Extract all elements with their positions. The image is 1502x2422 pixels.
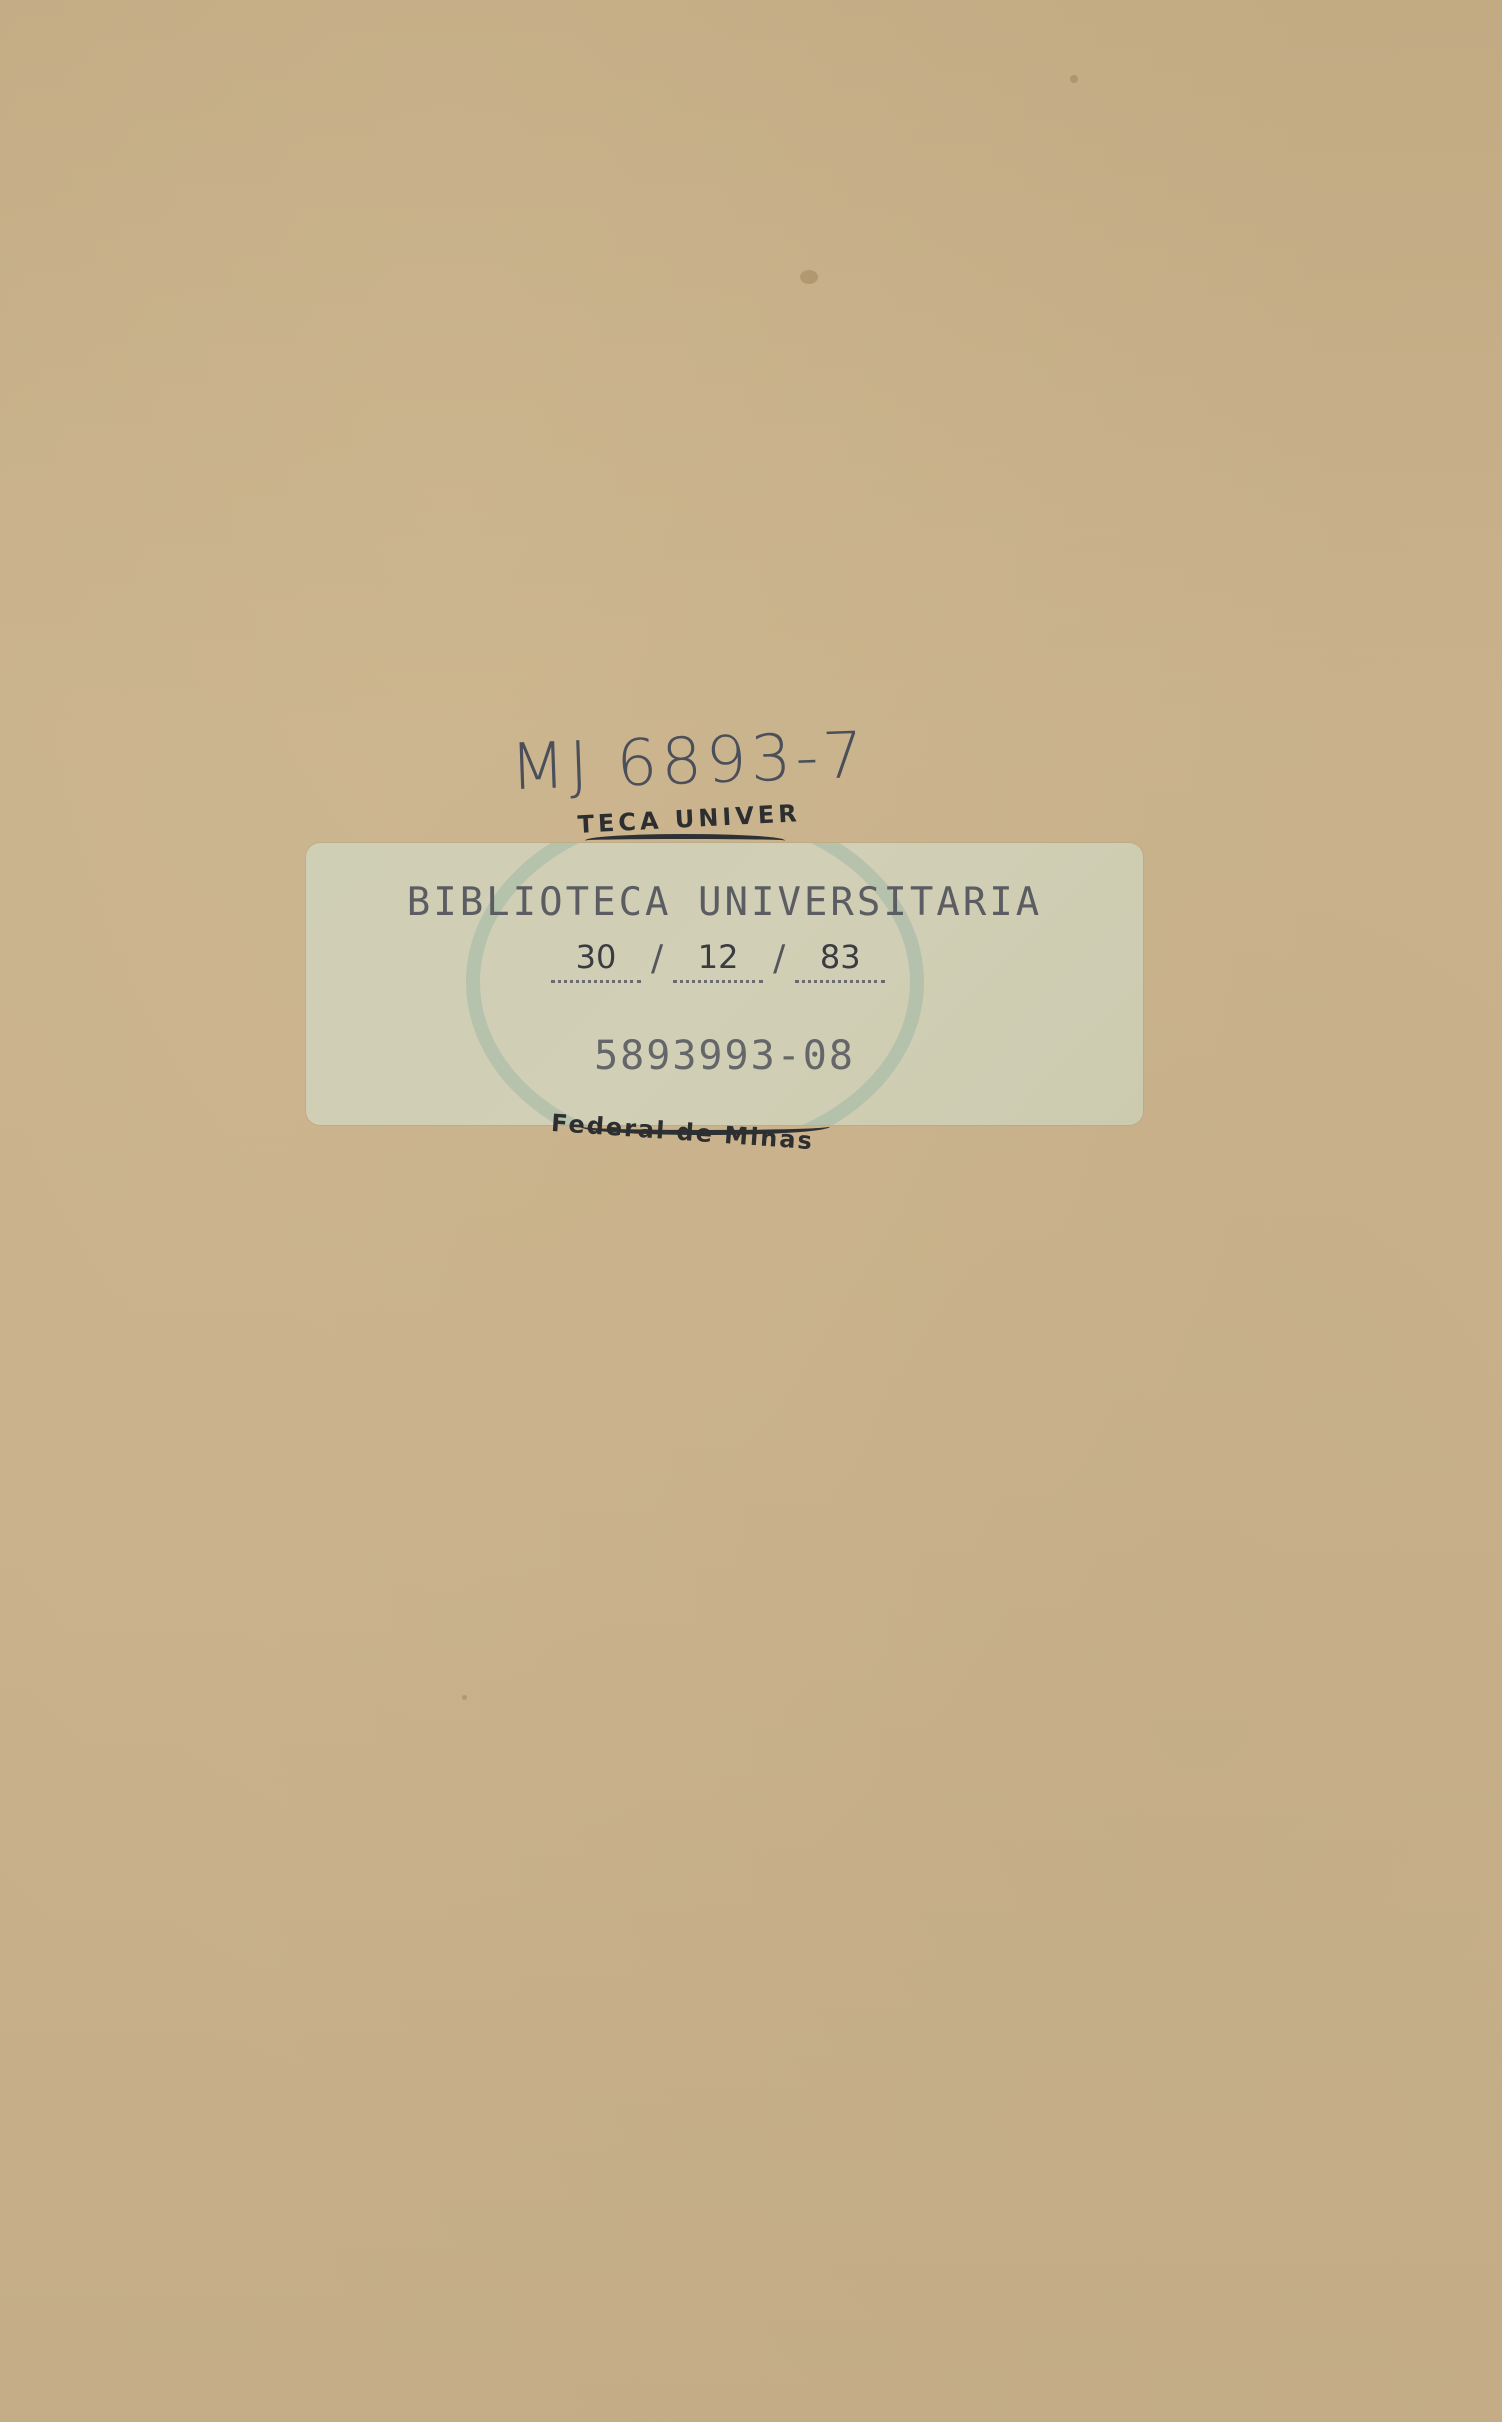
date-day: 30 <box>551 938 641 983</box>
paper-background <box>0 0 1502 2422</box>
label-date: 30 / 12 / 83 <box>551 923 951 983</box>
handwritten-call-number: MJ 6893-7 <box>509 719 868 805</box>
date-year: 83 <box>795 938 885 983</box>
date-month: 12 <box>673 938 763 983</box>
paper-speck <box>1070 75 1078 83</box>
date-separator: / <box>773 938 785 983</box>
paper-speck <box>462 1695 467 1700</box>
label-title: BIBLIOTECA UNIVERSITARIA <box>306 880 1143 925</box>
label-registration-code: 5893993-08 <box>306 1033 1143 1079</box>
date-separator: / <box>651 938 663 983</box>
library-label: BIBLIOTECA UNIVERSITARIA 30 / 12 / 83 58… <box>306 843 1143 1125</box>
paper-speck <box>800 270 818 284</box>
